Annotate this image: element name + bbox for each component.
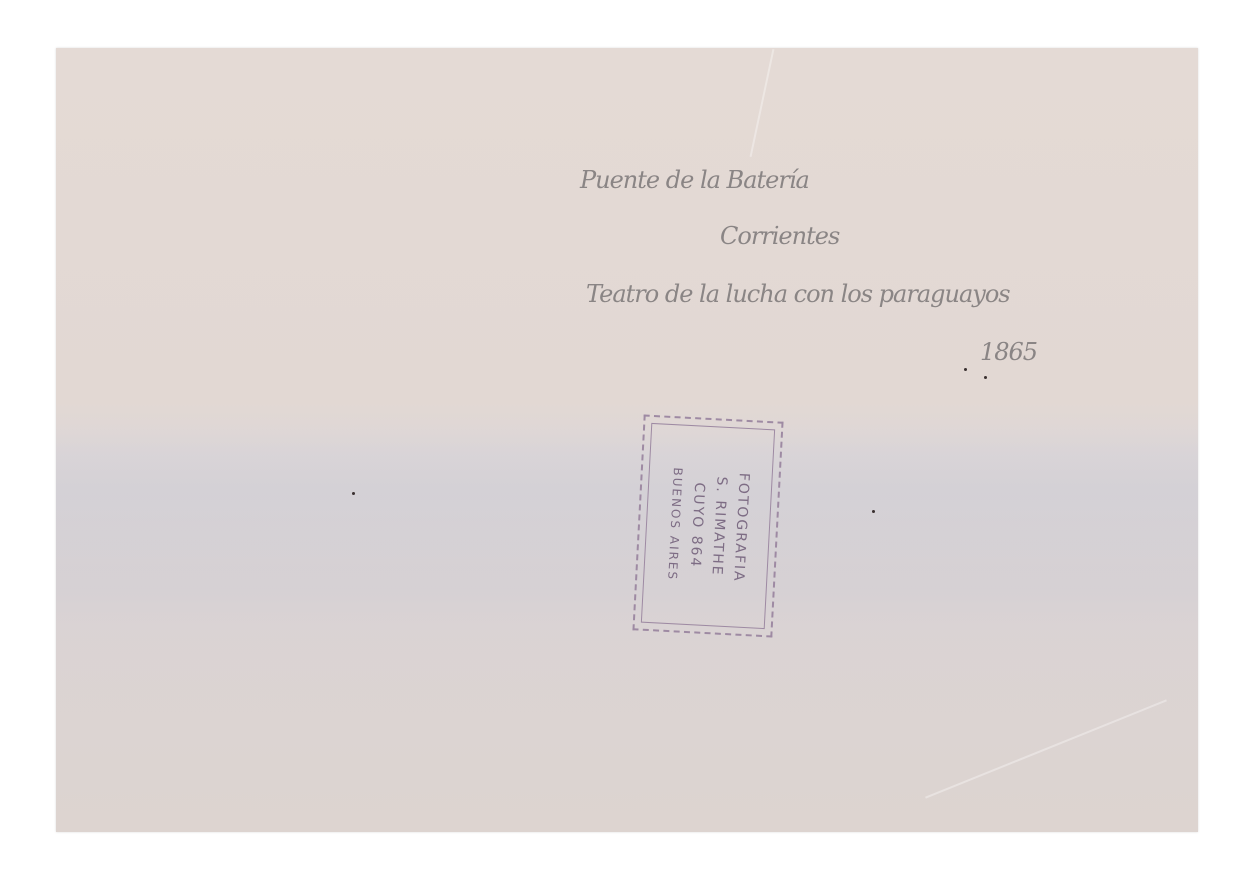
inscription-line-2: Corrientes [720, 222, 839, 250]
inscription-line-3: Teatro de la lucha con los paraguayos [586, 280, 1010, 308]
paper-crease [925, 699, 1167, 798]
photo-back-paper: Puente de la Batería Corrientes Teatro d… [56, 48, 1198, 832]
ink-dot [984, 376, 987, 379]
photographer-stamp: FOTOGRAFIA S. RIMATHE CUYO 864 BUENOS AI… [632, 414, 783, 637]
ink-dot [352, 492, 355, 495]
stamp-text: FOTOGRAFIA S. RIMATHE CUYO 864 BUENOS AI… [659, 424, 757, 628]
inscription-year: 1865 [980, 338, 1037, 366]
inscription-line-1: Puente de la Batería [580, 166, 809, 194]
ink-dot [872, 510, 875, 513]
ink-dot [964, 368, 967, 371]
paper-crease [750, 49, 775, 157]
